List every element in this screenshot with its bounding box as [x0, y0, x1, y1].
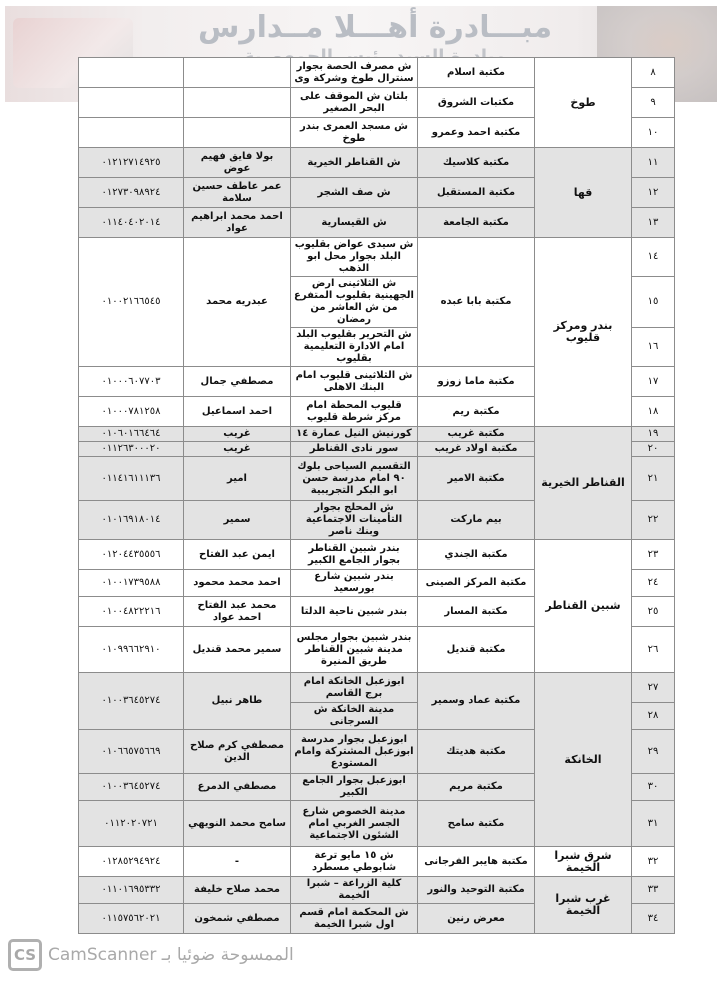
area-cell: طوخ — [535, 58, 632, 148]
library-name: مكتبة ماما زوزو — [418, 367, 535, 397]
phone-number: ٠١١٢٠٢٠٧٢١ — [79, 801, 184, 847]
library-name: مكتبة الجامعة — [418, 208, 535, 238]
address: ش الثلاثينى قليوب امام البنك الاهلى — [291, 367, 418, 397]
owner-name: سامح محمد النويهي — [184, 801, 291, 847]
owner-name: مصطفي كرم صلاح الدين — [184, 730, 291, 774]
table-row: ٣٢ شرق شبرا الخيمة مكتبة هايبر الفرجانى … — [79, 847, 675, 877]
address: مدينة الخانكة ش السرجانى — [291, 703, 418, 730]
address: مدينة الخصوص شارع الجسر الغربي امام الشئ… — [291, 801, 418, 847]
row-number: ٢٢ — [632, 501, 675, 540]
area-cell: الخانكة — [535, 673, 632, 847]
library-name: معرض رنين — [418, 904, 535, 934]
row-number: ٢٦ — [632, 627, 675, 673]
library-name: مكتبة غريب — [418, 427, 535, 442]
row-number: ١٤ — [632, 238, 675, 277]
row-number: ١٨ — [632, 397, 675, 427]
address: بلتان ش الموقف على البحر الصغير — [291, 88, 418, 118]
library-name: مكتبة التوحيد والنور — [418, 877, 535, 904]
library-name: مكتبات الشروق — [418, 88, 535, 118]
table-row: ٨ طوخ مكتبة اسلام ش مصرف الحصة بجوار سنت… — [79, 58, 675, 88]
owner-name: مصطفي شمخون — [184, 904, 291, 934]
libraries-table: ٨ طوخ مكتبة اسلام ش مصرف الحصة بجوار سنت… — [78, 57, 675, 934]
row-number: ١٧ — [632, 367, 675, 397]
phone-number: ٠١١٥٧٥٦٢٠٢١ — [79, 904, 184, 934]
row-number: ٢٧ — [632, 673, 675, 703]
owner-name: احمد اسماعيل — [184, 397, 291, 427]
address: بندر شبين بجوار مجلس مدينة شبين القناطر … — [291, 627, 418, 673]
owner-name: غريب — [184, 442, 291, 457]
owner-name: عمر عاطف حسين سلامة — [184, 178, 291, 208]
table-row: ١٩ القناطر الخيرية مكتبة غريب كورنيش الن… — [79, 427, 675, 442]
table-row: ١٤ بندر ومركز قليوب مكتبة بابا عبده ش سي… — [79, 238, 675, 277]
table-row: ١١ قها مكتبة كلاسيك ش القناطر الخيرية بو… — [79, 148, 675, 178]
table-row: ٢٣ شبين القناطر مكتبة الجندي بندر شبين ا… — [79, 540, 675, 570]
library-name: مكتبة المستقبل — [418, 178, 535, 208]
owner-name: امير — [184, 457, 291, 501]
address: بندر شبين شارع بورسعيد — [291, 570, 418, 597]
row-number: ٣٣ — [632, 877, 675, 904]
owner-name: مصطفي جمال — [184, 367, 291, 397]
address: ش ١٥ مايو ترعة شابوطي مسطرد — [291, 847, 418, 877]
address: سور نادى القناطر — [291, 442, 418, 457]
area-cell: قها — [535, 148, 632, 238]
area-cell: غرب شبرا الخيمة — [535, 877, 632, 934]
library-name: مكتبة المسار — [418, 597, 535, 627]
row-number: ٨ — [632, 58, 675, 88]
phone-number: ٠١٠٠٤٨٢٢٢١٦ — [79, 597, 184, 627]
phone-number: ٠١٢٨٥٢٩٤٩٢٤ — [79, 847, 184, 877]
scanner-watermark: CS الممسوحة ضوئيا بـ CamScanner — [8, 937, 294, 973]
area-cell: شبين القناطر — [535, 540, 632, 673]
phone-number: ٠١٠٦٦٥٧٥٦٦٩ — [79, 730, 184, 774]
owner-name: ايمن عبد الفتاح — [184, 540, 291, 570]
address: ش القناطر الخيرية — [291, 148, 418, 178]
row-number: ٢٨ — [632, 703, 675, 730]
library-name: مكتبة مريم — [418, 774, 535, 801]
address: ش الثلاثينى ارض الجهينية بقليوب المتفرع … — [291, 277, 418, 328]
address: ش صف الشجر — [291, 178, 418, 208]
owner-name: - — [184, 847, 291, 877]
row-number: ٢٠ — [632, 442, 675, 457]
row-number: ١٩ — [632, 427, 675, 442]
owner-name: سمير — [184, 501, 291, 540]
phone-number: ٠١٠٠٣٦٤٥٢٧٤ — [79, 774, 184, 801]
camscanner-logo-icon: CS — [8, 939, 42, 971]
library-name: مكتبة هايبر الفرجانى — [418, 847, 535, 877]
banner-title: مبـــادرة أهـــلا مــدارس — [155, 10, 595, 45]
phone-number: ٠١١٤١٦١١١٣٦ — [79, 457, 184, 501]
library-name: مكتبة عماد وسمير — [418, 673, 535, 730]
owner-name: محمد صلاح خليفة — [184, 877, 291, 904]
table-row: ٢٧ الخانكة مكتبة عماد وسمير ابوزعبل الخا… — [79, 673, 675, 703]
library-name: مكتبة ريم — [418, 397, 535, 427]
row-number: ١٣ — [632, 208, 675, 238]
area-cell: القناطر الخيرية — [535, 427, 632, 540]
owner-name — [184, 118, 291, 148]
library-name: مكتبة اولاد غريب — [418, 442, 535, 457]
owner-name: بولا فايق فهيم عوض — [184, 148, 291, 178]
phone-number: ٠١٢٠٤٤٣٥٥٥٦ — [79, 540, 184, 570]
library-name: مكتبة المركز الصينى — [418, 570, 535, 597]
library-name: مكتبة اسلام — [418, 58, 535, 88]
row-number: ٣٤ — [632, 904, 675, 934]
owner-name — [184, 58, 291, 88]
phone-number: ٠١٠٠١٧٣٩٥٨٨ — [79, 570, 184, 597]
row-number: ٢٩ — [632, 730, 675, 774]
phone-number — [79, 58, 184, 88]
address: قليوب المحطة امام مركز شرطة قليوب — [291, 397, 418, 427]
row-number: ١٥ — [632, 277, 675, 328]
row-number: ٣١ — [632, 801, 675, 847]
phone-number: ٠١٠٩٩٦٦٢٩١٠ — [79, 627, 184, 673]
address: ش مصرف الحصة بجوار سنترال طوخ وشركة وى — [291, 58, 418, 88]
phone-number: ٠١٠٠٢١٦٦٥٤٥ — [79, 238, 184, 367]
library-name: مكتبة سامح — [418, 801, 535, 847]
address: ش مسجد العمرى بندر طوخ — [291, 118, 418, 148]
phone-number: ٠١٠٠٠٦٠٧٧٠٣ — [79, 367, 184, 397]
row-number: ٢٣ — [632, 540, 675, 570]
row-number: ٢٥ — [632, 597, 675, 627]
library-name: مكتبة احمد وعمرو — [418, 118, 535, 148]
library-name: مكتبة قنديل — [418, 627, 535, 673]
library-name: بيم ماركت — [418, 501, 535, 540]
row-number: ٩ — [632, 88, 675, 118]
row-number: ٣٢ — [632, 847, 675, 877]
watermark-text: الممسوحة ضوئيا بـ CamScanner — [48, 945, 294, 965]
row-number: ٢١ — [632, 457, 675, 501]
address: كلية الزراعة – شبرا الخيمة — [291, 877, 418, 904]
library-name: مكتبة كلاسيك — [418, 148, 535, 178]
phone-number — [79, 118, 184, 148]
address: ابوزعبل الخانكة امام برج القاسم — [291, 673, 418, 703]
address: بندر شبين ناحية الدلتا — [291, 597, 418, 627]
address: ش المحلج بجوار التأمينات الاجتماعية وبنك… — [291, 501, 418, 540]
row-number: ٢٤ — [632, 570, 675, 597]
library-name: مكتبة هديتك — [418, 730, 535, 774]
owner-name: محمد عبد الفتاح احمد عواد — [184, 597, 291, 627]
row-number: ١٠ — [632, 118, 675, 148]
owner-name: طاهر نبيل — [184, 673, 291, 730]
address: ش سيدى عواض بقليوب البلد بجوار محل ابو ا… — [291, 238, 418, 277]
row-number: ١١ — [632, 148, 675, 178]
owner-name — [184, 88, 291, 118]
address: ابوزعبل بجوار الجامع الكبير — [291, 774, 418, 801]
owner-name: عبدريه محمد — [184, 238, 291, 367]
address: بندر شبين القناطر بجوار الجامع الكبير — [291, 540, 418, 570]
phone-number: ٠١١٢٦٣٠٠٠٢٠ — [79, 442, 184, 457]
phone-number: ٠١٢٧٣٠٩٨٩٢٤ — [79, 178, 184, 208]
phone-number: ٠١٠٠٣٦٤٥٢٧٤ — [79, 673, 184, 730]
owner-name: مصطفي الدمرع — [184, 774, 291, 801]
row-number: ١٢ — [632, 178, 675, 208]
owner-name: غريب — [184, 427, 291, 442]
area-cell: شرق شبرا الخيمة — [535, 847, 632, 877]
row-number: ٣٠ — [632, 774, 675, 801]
owner-name: سمير محمد قنديل — [184, 627, 291, 673]
owner-name: احمد محمد ابراهيم عواد — [184, 208, 291, 238]
owner-name: احمد محمد محمود — [184, 570, 291, 597]
address: كورنيش النيل عمارة ١٤ — [291, 427, 418, 442]
library-name: مكتبة الجندي — [418, 540, 535, 570]
phone-number: ٠١٢١٢٧١٤٩٢٥ — [79, 148, 184, 178]
address: ش التحرير بقليوب البلد امام الادارة التع… — [291, 328, 418, 367]
address: ش المحكمة امام قسم اول شبرا الخيمة — [291, 904, 418, 934]
phone-number — [79, 88, 184, 118]
area-cell: بندر ومركز قليوب — [535, 238, 632, 427]
phone-number: ٠١٠٦٠١٦٦٤٦٤ — [79, 427, 184, 442]
phone-number: ٠١١٠١٦٩٥٣٣٢ — [79, 877, 184, 904]
address: التقسيم السياحى بلوك ٩٠ امام مدرسة حسن ا… — [291, 457, 418, 501]
library-name: مكتبة الامير — [418, 457, 535, 501]
phone-number: ٠١١٤٠٤٠٢٠١٤ — [79, 208, 184, 238]
address: ابوزعبل بجوار مدرسة ابوزعبل المشتركة وام… — [291, 730, 418, 774]
row-number: ١٦ — [632, 328, 675, 367]
phone-number: ٠١٠١٦٩١٨٠١٤ — [79, 501, 184, 540]
address: ش القيسارية — [291, 208, 418, 238]
table-row: ٣٣ غرب شبرا الخيمة مكتبة التوحيد والنور … — [79, 877, 675, 904]
library-name: مكتبة بابا عبده — [418, 238, 535, 367]
phone-number: ٠١٠٠٠٧٨١٢٥٨ — [79, 397, 184, 427]
